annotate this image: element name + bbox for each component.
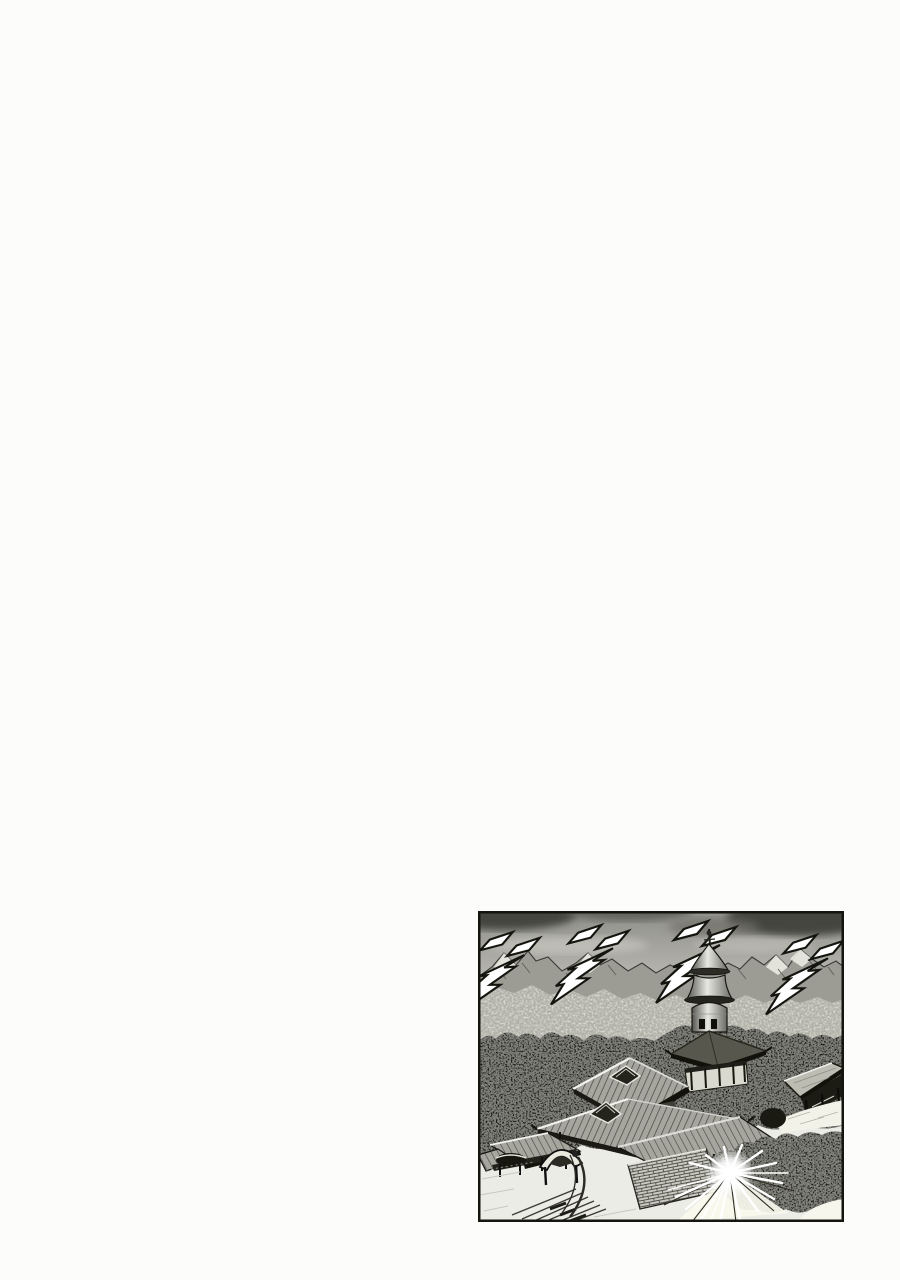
bush: [760, 1108, 786, 1128]
tower-window: [699, 1019, 705, 1029]
tower-window: [711, 1019, 717, 1029]
stupa-bell: [687, 975, 732, 999]
manga-page: Temple valley establishing shot: [0, 0, 900, 1280]
spire-finial: [707, 931, 712, 936]
stupa-drum: [692, 1003, 727, 1033]
manga-panel: Temple valley establishing shot: [478, 911, 844, 1222]
manga-panel-artwork: Temple valley establishing shot: [478, 911, 844, 1222]
stone-basin: [496, 1153, 526, 1167]
